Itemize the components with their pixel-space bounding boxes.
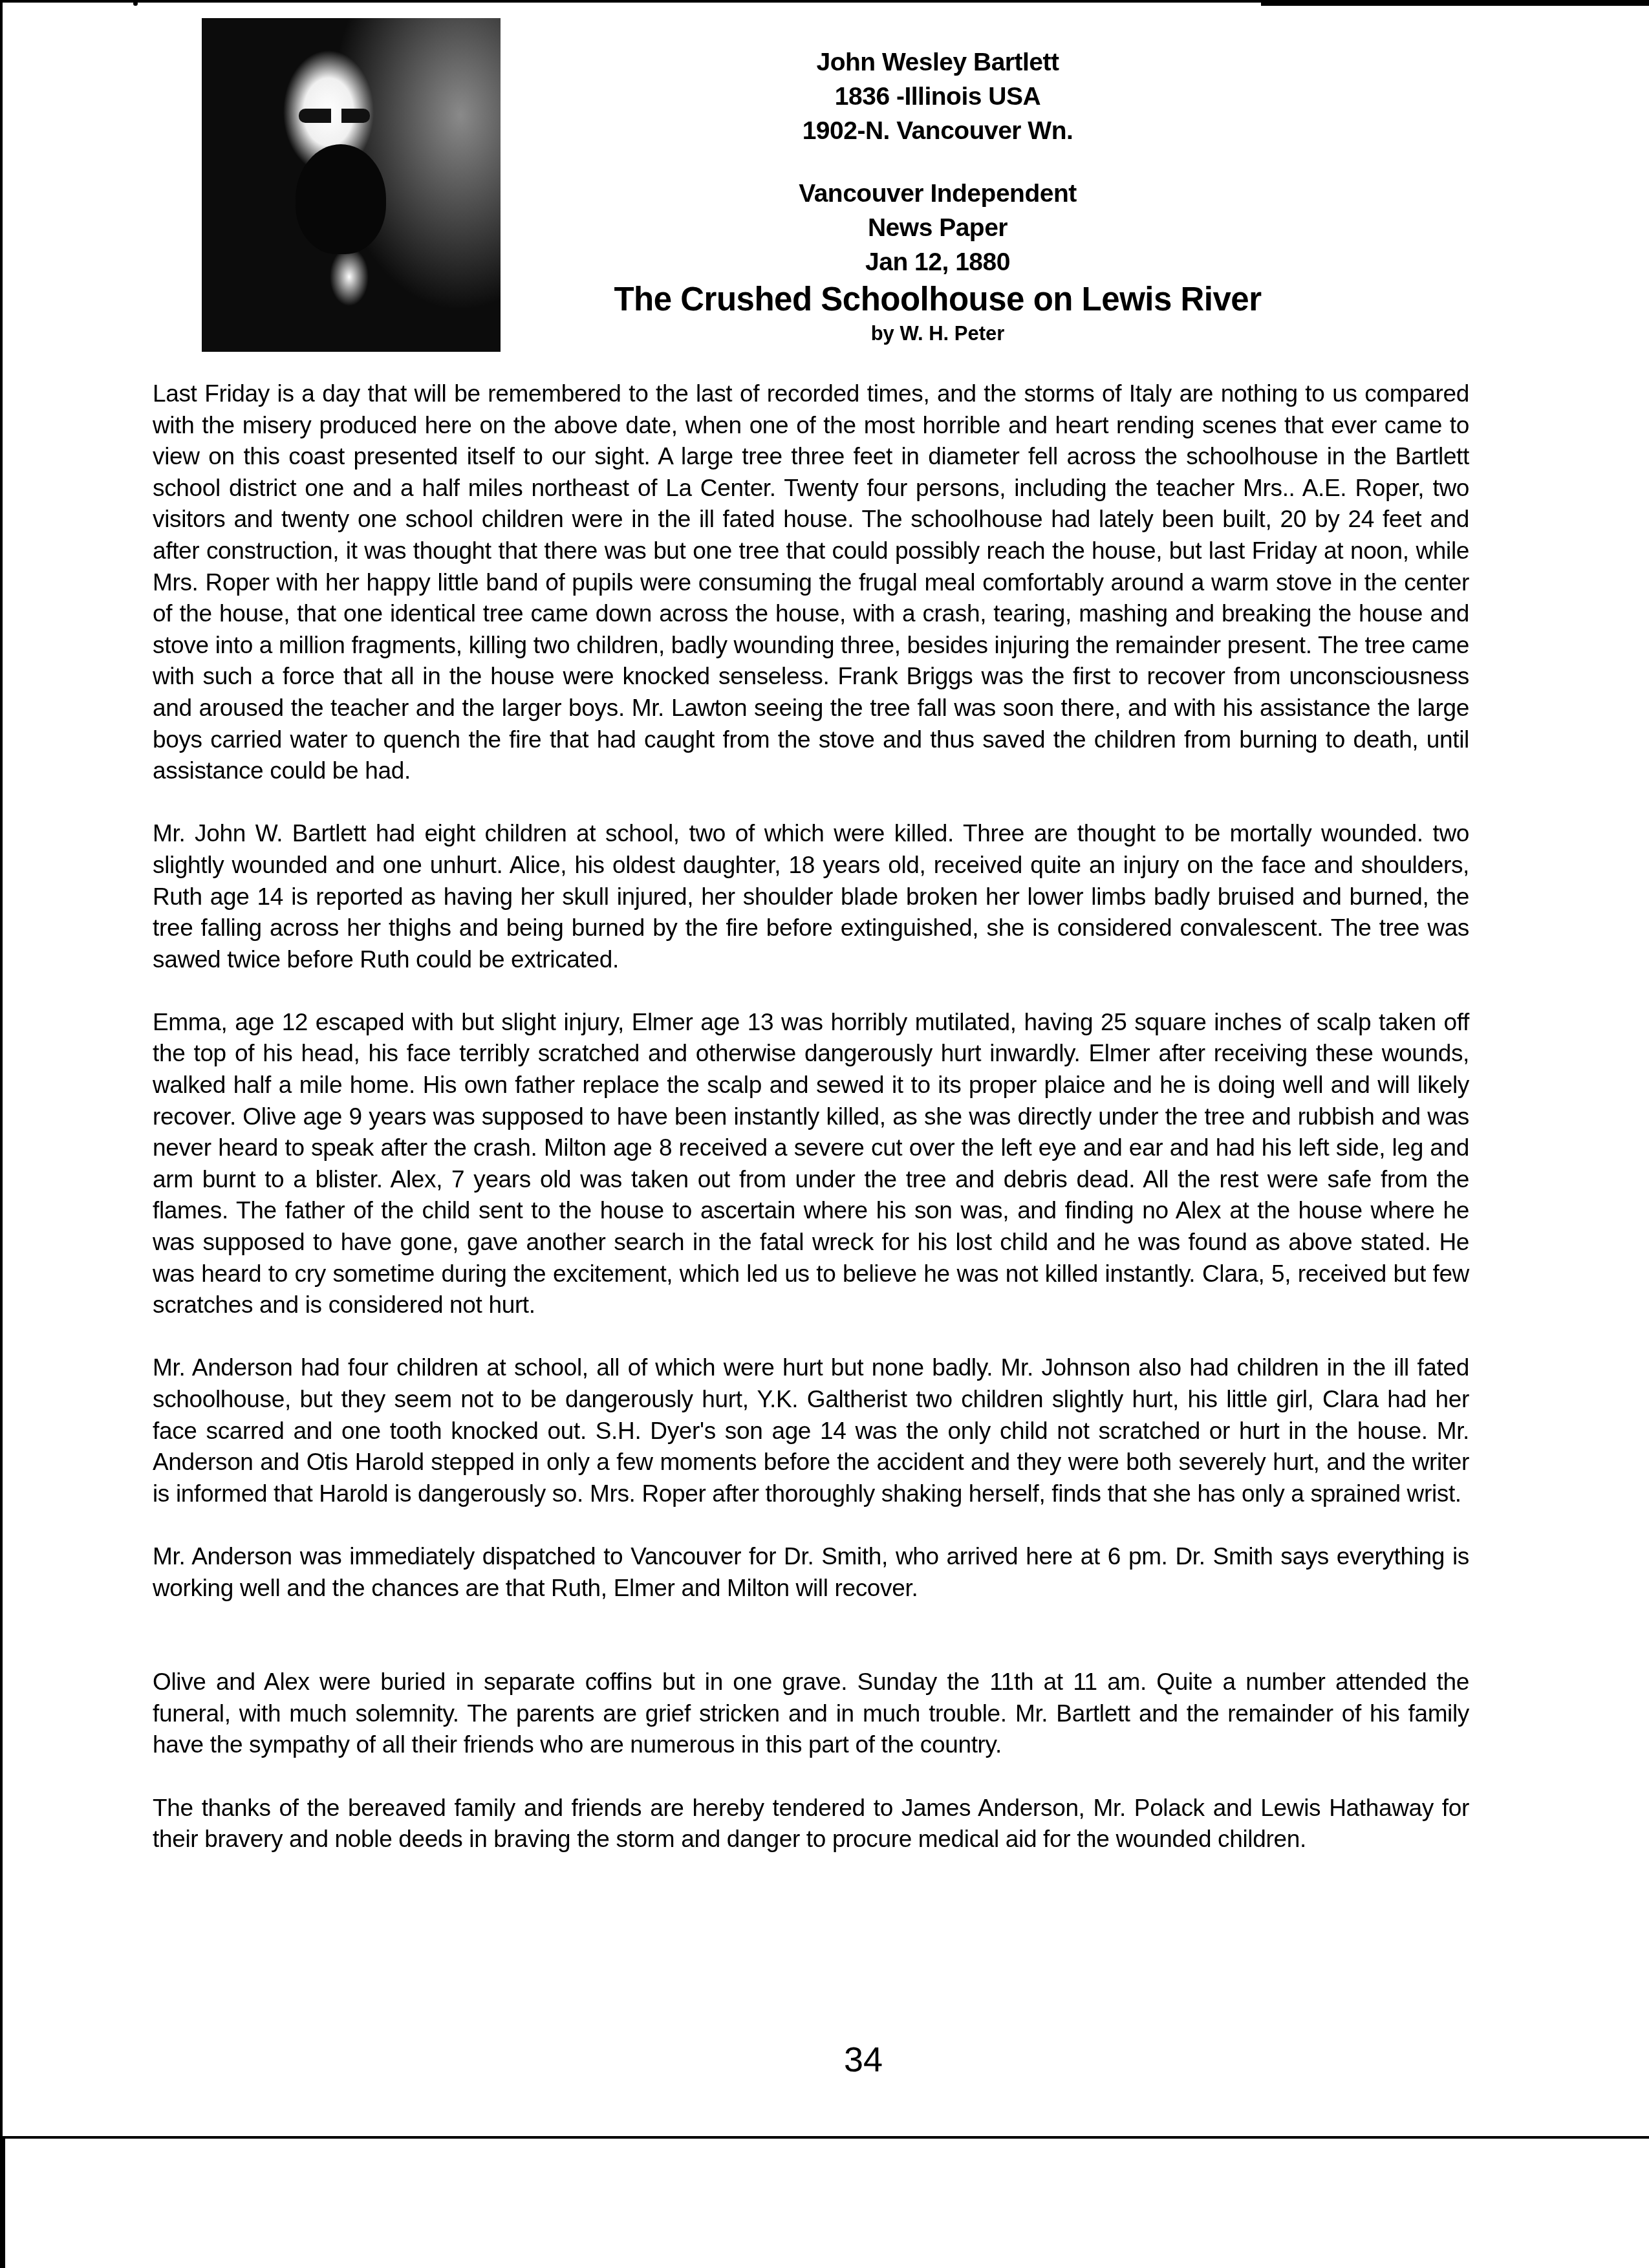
scan-top-border-thick [1261,0,1649,6]
paragraph: Olive and Alex were buried in separate c… [153,1667,1469,1761]
portrait-beard [296,144,386,254]
paragraph: Mr. John W. Bartlett had eight children … [153,818,1469,975]
paragraph: Last Friday is a day that will be rememb… [153,378,1469,787]
scan-left-border [0,0,3,2268]
publication-type: News Paper [582,211,1293,245]
article-byline: by W. H. Peter [582,321,1293,347]
portrait-eyes [299,109,370,123]
subject-name: John Wesley Bartlett [582,45,1293,80]
article-header: John Wesley Bartlett 1836 -Illinois USA … [582,45,1293,347]
article-body: Last Friday is a day that will be rememb… [153,378,1469,1886]
scan-left-border-bottom [0,2137,5,2268]
paragraph: Emma, age 12 escaped with but slight inj… [153,1007,1469,1321]
paragraph: The thanks of the bereaved family and fr… [153,1793,1469,1855]
subject-birth: 1836 -Illinois USA [582,80,1293,114]
paragraph: Mr. Anderson had four children at school… [153,1352,1469,1509]
article-title: The Crushed Schoolhouse on Lewis River [582,278,1293,321]
publication-name: Vancouver Independent [582,177,1293,211]
paragraph: Mr. Anderson was immediately dispatched … [153,1541,1469,1604]
subject-death: 1902-N. Vancouver Wn. [582,114,1293,148]
page-number: 34 [834,2040,892,2079]
scan-bottom-rule [0,2136,1649,2139]
publication-date: Jan 12, 1880 [582,245,1293,279]
portrait-photo [202,18,501,352]
scan-speck [133,1,138,6]
